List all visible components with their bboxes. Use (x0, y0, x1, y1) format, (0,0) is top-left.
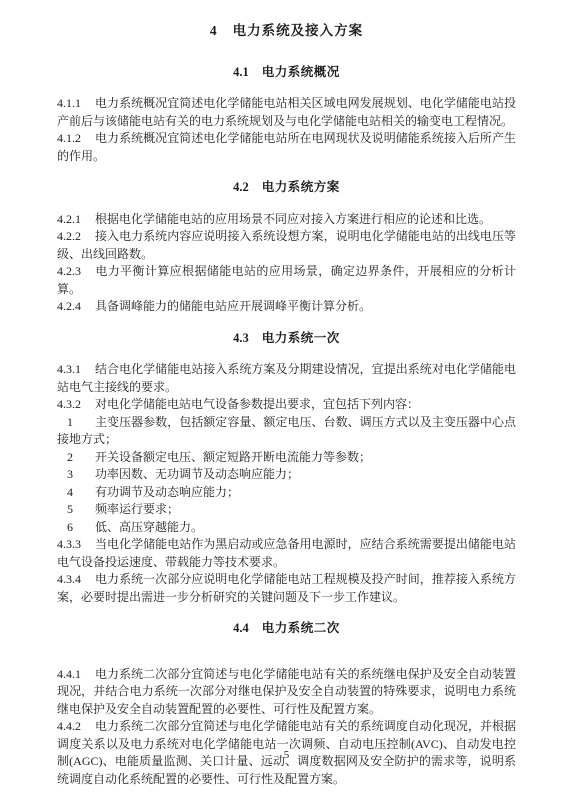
section-title-text: 电力系统概况 (262, 65, 340, 79)
clause-text: 具备调峰能力的储能电站应开展调峰平衡计算分析。 (95, 299, 371, 313)
clause-text: 根据电化学储能电站的应用场景不同应对接入方案进行相应的论述和比选。 (95, 212, 491, 226)
document-page: 4电力系统及接入方案 4.1电力系统概况 4.1.1电力系统概况宜简述电化学储能… (0, 0, 573, 793)
list-item-6: 6低、高压穿越能力。 (57, 519, 516, 537)
clause-4-2-1: 4.2.1根据电化学储能电站的应用场景不同应对接入方案进行相应的论述和比选。 (57, 211, 516, 229)
clause-number: 4.3.3 (57, 536, 95, 554)
clause-text: 电力系统一次部分应说明电化学储能电站工程规模及投产时间，推荐接入系统方案，必要时… (57, 572, 516, 604)
clause-4-3-4: 4.3.4电力系统一次部分应说明电化学储能电站工程规模及投产时间，推荐接入系统方… (57, 571, 516, 606)
section-title-text: 电力系统一次 (262, 331, 340, 345)
clause-number: 4.3.1 (57, 361, 95, 379)
clause-number: 4.1.2 (57, 130, 95, 148)
clause-number: 4.1.1 (57, 95, 95, 113)
list-item-number: 6 (67, 519, 95, 537)
list-item-3: 3功率因数、无功调节及动态响应能力； (57, 466, 516, 484)
chapter-title: 4电力系统及接入方案 (57, 22, 516, 40)
clause-text: 对电化学储能电站电气设备参数提出要求，宜包括下列内容： (95, 397, 419, 411)
clause-number: 4.2.4 (57, 298, 95, 316)
list-item-number: 5 (67, 501, 95, 519)
clause-4-1-2: 4.1.2电力系统概况宜简述电化学储能电站所在电网现状及说明储能系统接入后所产生… (57, 130, 516, 165)
clause-4-3-2: 4.3.2对电化学储能电站电气设备参数提出要求，宜包括下列内容： (57, 396, 516, 414)
clause-text: 电力系统概况宜简述电化学储能电站相关区域电网发展规划、电化学储能电站投产前后与该… (57, 96, 516, 128)
list-item-text: 低、高压穿越能力。 (95, 520, 203, 534)
section-title-text: 电力系统二次 (262, 621, 340, 635)
section-heading-4-4: 4.4电力系统二次 (57, 620, 516, 638)
list-item-number: 4 (67, 484, 95, 502)
clause-text: 电力系统概况宜简述电化学储能电站所在电网现状及说明储能系统接入后所产生的作用。 (57, 131, 516, 163)
list-item-number: 2 (67, 449, 95, 467)
section-heading-4-2: 4.2电力系统方案 (57, 179, 516, 197)
clause-4-4-1: 4.4.1电力系统二次部分宜简述与电化学储能电站有关的系统继电保护及安全自动装置… (57, 666, 516, 719)
clause-4-2-4: 4.2.4具备调峰能力的储能电站应开展调峰平衡计算分析。 (57, 298, 516, 316)
clause-text: 接入电力系统内容应说明接入系统设想方案，说明电化学储能电站的出线电压等级、出线回… (57, 229, 516, 261)
list-item-2: 2开关设备额定电压、额定短路开断电流能力等参数； (57, 449, 516, 467)
section-number: 4.4 (233, 621, 249, 635)
section-heading-4-3: 4.3电力系统一次 (57, 330, 516, 348)
clause-number: 4.3.2 (57, 396, 95, 414)
list-item-text: 频率运行要求； (95, 502, 179, 516)
chapter-number: 4 (210, 23, 217, 38)
section-title-text: 电力系统方案 (262, 180, 340, 194)
clause-text: 当电化学储能电站作为黑启动或应急备用电源时，应结合系统需要提出储能电站电气设备投… (57, 537, 516, 569)
list-item-4: 4有功调节及动态响应能力； (57, 484, 516, 502)
list-item-number: 1 (67, 414, 95, 432)
clause-text: 结合电化学储能电站接入系统方案及分期建设情况，宜提出系统对电化学储能电站电气主接… (57, 362, 516, 394)
section-heading-4-1: 4.1电力系统概况 (57, 64, 516, 82)
list-item-text: 开关设备额定电压、额定短路开断电流能力等参数； (95, 450, 371, 464)
section-number: 4.2 (233, 180, 249, 194)
clause-4-2-2: 4.2.2接入电力系统内容应说明接入系统设想方案，说明电化学储能电站的出线电压等… (57, 228, 516, 263)
list-item-5: 5频率运行要求； (57, 501, 516, 519)
clause-4-1-1: 4.1.1电力系统概况宜简述电化学储能电站相关区域电网发展规划、电化学储能电站投… (57, 95, 516, 130)
clause-number: 4.2.1 (57, 211, 95, 229)
clause-4-2-3: 4.2.3电力平衡计算应根据储能电站的应用场景，确定边界条件，开展相应的分析计算… (57, 263, 516, 298)
page-number: 5 (0, 747, 573, 765)
clause-number: 4.4.1 (57, 666, 95, 684)
section-number: 4.1 (233, 65, 249, 79)
clause-number: 4.2.2 (57, 228, 95, 246)
clause-number: 4.4.2 (57, 718, 95, 736)
clause-4-3-3: 4.3.3当电化学储能电站作为黑启动或应急备用电源时，应结合系统需要提出储能电站… (57, 536, 516, 571)
list-item-text: 有功调节及动态响应能力； (95, 485, 239, 499)
clause-text: 电力平衡计算应根据储能电站的应用场景，确定边界条件，开展相应的分析计算。 (57, 264, 516, 296)
clause-4-3-1: 4.3.1结合电化学储能电站接入系统方案及分期建设情况，宜提出系统对电化学储能电… (57, 361, 516, 396)
list-item-1: 1主变压器参数，包括额定容量、额定电压、台数、调压方式以及主变压器中心点接地方式… (57, 414, 516, 449)
section-number: 4.3 (233, 331, 249, 345)
chapter-title-text: 电力系统及接入方案 (233, 23, 364, 38)
clause-number: 4.3.4 (57, 571, 95, 589)
clause-text: 电力系统二次部分宜简述与电化学储能电站有关的系统继电保护及安全自动装置现况，并结… (57, 667, 516, 716)
list-item-number: 3 (67, 466, 95, 484)
list-item-text: 主变压器参数，包括额定容量、额定电压、台数、调压方式以及主变压器中心点接地方式； (57, 415, 516, 447)
list-item-text: 功率因数、无功调节及动态响应能力； (95, 467, 299, 481)
clause-number: 4.2.3 (57, 263, 95, 281)
